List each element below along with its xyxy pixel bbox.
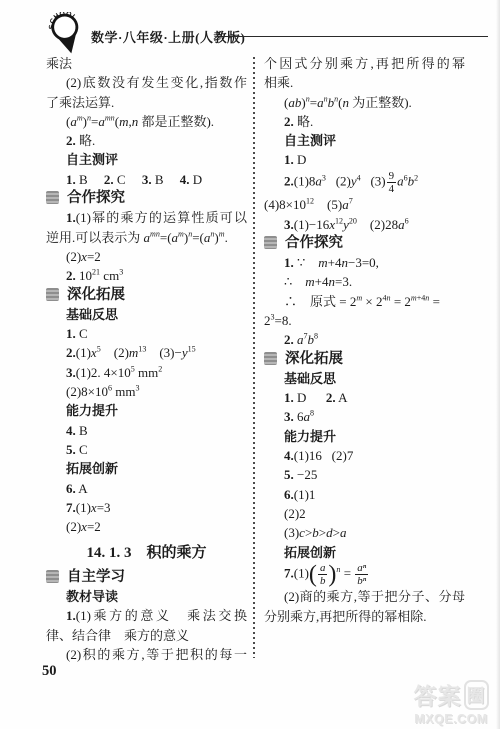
text-run: 20 bbox=[349, 216, 357, 225]
text-line: 2. 略. bbox=[264, 112, 465, 131]
fraction: aⁿbⁿ bbox=[355, 562, 368, 587]
text-run: 3 bbox=[119, 268, 123, 277]
text-line: (2)8×106 mm3 bbox=[46, 382, 247, 401]
text-run: B bbox=[76, 423, 88, 438]
text-line: 6.(1)1 bbox=[264, 485, 465, 504]
text-run: =2 bbox=[87, 249, 101, 264]
text-line: 相乘. bbox=[264, 73, 465, 92]
text-run: B bbox=[152, 172, 180, 187]
section-header: 深化拓展 bbox=[264, 350, 465, 369]
text-run: (2)2 bbox=[284, 506, 306, 521]
text-run: 2. bbox=[66, 268, 76, 283]
text-run: 6 bbox=[405, 216, 409, 225]
text-run: 3. bbox=[284, 409, 294, 424]
text-run: (1) bbox=[76, 345, 91, 360]
page-number: 50 bbox=[42, 663, 57, 680]
text-line: 3.(1)−16x12y20 (2)28a6 bbox=[264, 215, 465, 234]
text-run: a bbox=[340, 525, 347, 540]
text-run: mm bbox=[135, 365, 158, 380]
text-run: 6. bbox=[284, 487, 294, 502]
textbook-page: SCHOOL 数学·八年级·上册(人教版) 乘法(2)底数没有发生变化,指数作了… bbox=[0, 0, 500, 729]
text-run: cm bbox=[100, 268, 119, 283]
text-run: =3 bbox=[97, 500, 111, 515]
header-rule bbox=[218, 36, 488, 37]
section-header: 合作探究 bbox=[264, 234, 465, 253]
text-run: ∵ bbox=[294, 255, 319, 270]
text-line: (3)c>b>d>a bbox=[264, 523, 465, 542]
text-line: (am)n=amn(m,n 都是正整数). bbox=[46, 112, 247, 131]
text-run: 合作探究 bbox=[67, 190, 125, 206]
section-marker-icon bbox=[264, 236, 277, 249]
text-run: 7 bbox=[349, 197, 353, 206]
text-run: 2. bbox=[284, 173, 294, 188]
text-run: 分别乘方,再把所得的幂相除. bbox=[264, 609, 427, 624]
text-run: (5) bbox=[314, 197, 342, 212]
text-line: 分别乘方,再把所得的幂相除. bbox=[264, 607, 465, 626]
text-run: mn bbox=[150, 229, 160, 238]
text-run: 5. bbox=[66, 442, 76, 457]
text-line: (2)积的乘方,等于把积的每一 bbox=[46, 645, 247, 664]
text-run: +4 bbox=[328, 255, 342, 270]
text-line: (2)x=2 bbox=[46, 247, 247, 266]
text-line: 教材导读 bbox=[46, 587, 247, 606]
text-run: (2) bbox=[326, 173, 351, 188]
watermark-site: MXQE.COM bbox=[405, 712, 497, 726]
text-run: 略. bbox=[76, 133, 96, 148]
text-run: = bbox=[310, 95, 317, 110]
text-line: 3.(1)2. 4×105 mm2 bbox=[46, 363, 247, 382]
text-line: 1. D bbox=[264, 150, 465, 169]
text-line: 乘法 bbox=[46, 54, 247, 73]
text-run: C bbox=[76, 326, 88, 341]
text-run: −25 bbox=[294, 467, 318, 482]
text-run: 深化拓展 bbox=[285, 351, 343, 367]
text-run: 基础反思 bbox=[284, 371, 336, 386]
text-run: mn bbox=[105, 114, 115, 123]
text-line: 律、结合律 乘方的意义 bbox=[46, 626, 247, 645]
text-run: ∴ 原式 = 2 bbox=[284, 294, 356, 309]
text-run: 12 bbox=[306, 197, 314, 206]
text-run: 乘法 bbox=[46, 56, 72, 71]
text-run: C bbox=[76, 442, 88, 457]
text-run: 2. bbox=[104, 172, 114, 187]
text-run: (2)底数没有发生变化,指数作 bbox=[66, 75, 247, 90]
text-line: 23=8. bbox=[264, 311, 465, 330]
watermark-brand: 答案圈 bbox=[405, 678, 497, 711]
text-line: (2)底数没有发生变化,指数作 bbox=[46, 73, 247, 92]
text-run: +4 bbox=[417, 293, 426, 302]
section-marker-icon bbox=[46, 570, 59, 583]
text-run: (2)商的乘方,等于把分子、分母 bbox=[284, 589, 465, 604]
text-run: (1)1 bbox=[294, 487, 316, 502]
text-run: n bbox=[336, 565, 340, 574]
text-run: 12 bbox=[335, 216, 343, 225]
text-run: 自主测评 bbox=[284, 133, 336, 148]
text-run: 拓展创新 bbox=[284, 545, 336, 560]
text-line: (2)2 bbox=[264, 504, 465, 523]
text-line: 14. 1. 3 积的乘方 bbox=[46, 544, 247, 563]
text-line: 2.(1)x5 (2)m13 (3)−y15 bbox=[46, 343, 247, 362]
text-line: 4. B bbox=[46, 421, 247, 440]
text-run: 1. bbox=[66, 172, 76, 187]
text-run: (1)16 (2)7 bbox=[294, 448, 354, 463]
text-run: (3)− bbox=[146, 345, 182, 360]
section-marker-icon bbox=[46, 288, 59, 301]
text-line: 拓展创新 bbox=[264, 543, 465, 562]
text-run: D bbox=[294, 152, 307, 167]
text-run: × 2 bbox=[362, 294, 382, 309]
text-run: 21 bbox=[92, 268, 100, 277]
text-run: 3. bbox=[284, 217, 294, 232]
text-run: (2)28 bbox=[357, 217, 398, 232]
text-run: =( bbox=[160, 230, 172, 245]
text-run: −3=0, bbox=[348, 255, 379, 270]
text-run: 了乘法运算. bbox=[46, 95, 114, 110]
text-run: (1)幂的乘方的运算性质可以 bbox=[76, 210, 247, 225]
fraction: 94 bbox=[387, 170, 396, 195]
text-run: 自主学习 bbox=[67, 569, 125, 585]
text-run: (2) bbox=[66, 519, 81, 534]
section-header: 自主学习 bbox=[46, 568, 247, 587]
text-line: 3. 6a8 bbox=[264, 407, 465, 426]
text-run: 6 bbox=[294, 409, 304, 424]
text-run: 能力提升 bbox=[66, 403, 118, 418]
text-run: 略. bbox=[294, 114, 314, 129]
text-run: = bbox=[340, 566, 354, 581]
text-run: =2 bbox=[87, 519, 101, 534]
section-header: 合作探究 bbox=[46, 189, 247, 208]
text-line: 4.(1)16 (2)7 bbox=[264, 446, 465, 465]
school-logo-icon: SCHOOL bbox=[46, 12, 88, 56]
text-run: = bbox=[429, 294, 440, 309]
text-run: (2)积的乘方,等于把积的每一 bbox=[66, 647, 247, 662]
text-run: m bbox=[129, 345, 138, 360]
text-line: 1. D 2. A bbox=[264, 388, 465, 407]
text-run: 1. bbox=[66, 210, 76, 225]
text-run: 5. bbox=[284, 467, 294, 482]
fraction: ab bbox=[318, 562, 327, 587]
text-run: (3) bbox=[284, 525, 299, 540]
text-run: 1. bbox=[66, 326, 76, 341]
text-run: 深化拓展 bbox=[67, 287, 125, 303]
text-run: =8. bbox=[275, 313, 292, 328]
text-run: 4. bbox=[284, 448, 294, 463]
text-line: 7.(1)x=3 bbox=[46, 498, 247, 517]
text-run: 7. bbox=[284, 566, 294, 581]
text-run: (2) bbox=[66, 249, 81, 264]
text-line: 2. 1021 cm3 bbox=[46, 266, 247, 285]
text-run: (1)−16 bbox=[294, 217, 330, 232]
text-line: 2.(1)8a3 (2)y4 (3)94a6b2 bbox=[264, 170, 465, 195]
watermark-circle-badge: 圈 bbox=[464, 680, 489, 710]
text-run: mm bbox=[112, 384, 135, 399]
text-run: 15 bbox=[188, 345, 196, 354]
text-line: 1. C bbox=[46, 324, 247, 343]
text-line: 逆用.可以表示为 amn=(am)n=(an)m. bbox=[46, 228, 247, 247]
text-run: 2. bbox=[284, 114, 294, 129]
text-run: 律、结合律 乘方的意义 bbox=[46, 628, 189, 643]
section-header: 深化拓展 bbox=[46, 286, 247, 305]
text-run: 3. bbox=[142, 172, 152, 187]
text-run: m bbox=[305, 274, 314, 289]
text-run: (1)8 bbox=[294, 173, 316, 188]
text-run: (2) bbox=[101, 345, 129, 360]
text-run: 拓展创新 bbox=[66, 461, 118, 476]
text-run: 8 bbox=[310, 409, 314, 418]
text-run: (1) bbox=[294, 566, 309, 581]
text-run: 能力提升 bbox=[284, 429, 336, 444]
text-run: =3. bbox=[335, 274, 352, 289]
text-run: (1)乘方的意义 乘法交换 bbox=[76, 608, 247, 623]
text-line: 2. 略. bbox=[46, 131, 247, 150]
text-line: 7.(1)(ab)n = aⁿbⁿ bbox=[264, 562, 465, 587]
text-run: 逆用.可以表示为 bbox=[46, 230, 144, 245]
text-run: = 2 bbox=[391, 294, 411, 309]
section-marker-icon bbox=[46, 191, 59, 204]
text-line: 能力提升 bbox=[264, 427, 465, 446]
text-run: (1) bbox=[76, 500, 91, 515]
text-run: 3. bbox=[66, 365, 76, 380]
text-run: (1)2. 4×10 bbox=[76, 365, 131, 380]
text-run: 2 bbox=[158, 364, 162, 373]
text-line: (2)x=2 bbox=[46, 517, 247, 536]
text-line: 基础反思 bbox=[46, 305, 247, 324]
text-run: D bbox=[190, 172, 203, 187]
text-run: 教材导读 bbox=[66, 589, 118, 604]
text-run: ∴ bbox=[284, 274, 305, 289]
text-line: 能力提升 bbox=[46, 401, 247, 420]
text-line: 基础反思 bbox=[264, 369, 465, 388]
text-line: 1. B 2. C 3. B 4. D bbox=[46, 170, 247, 189]
text-run: C bbox=[114, 172, 142, 187]
text-line: 1.(1)乘方的意义 乘法交换 bbox=[46, 606, 247, 625]
text-line: 拓展创新 bbox=[46, 459, 247, 478]
text-line: 个因式分别乘方,再把所得的幂 bbox=[264, 54, 465, 73]
text-run: A bbox=[336, 390, 348, 405]
text-run: 个因式分别乘方,再把所得的幂 bbox=[264, 56, 465, 71]
text-run: 14. 1. 3 积的乘方 bbox=[86, 545, 206, 561]
text-run: A bbox=[76, 481, 88, 496]
left-column: 乘法(2)底数没有发生变化,指数作了乘法运算.(am)n=amn(m,n 都是正… bbox=[46, 54, 247, 664]
watermark: 答案圈 MXQE.COM bbox=[405, 678, 497, 726]
text-run: (3) bbox=[361, 173, 386, 188]
text-run: 6. bbox=[66, 481, 76, 496]
text-run: (4)8×10 bbox=[264, 197, 306, 212]
text-run: D bbox=[294, 390, 326, 405]
text-line: 1.(1)幂的乘方的运算性质可以 bbox=[46, 208, 247, 227]
text-run: 4. bbox=[180, 172, 190, 187]
text-run: 相乘. bbox=[264, 75, 293, 90]
text-run: ( bbox=[309, 561, 317, 587]
text-run: (2)8×10 bbox=[66, 384, 108, 399]
text-run: 4. bbox=[66, 423, 76, 438]
right-column: 个因式分别乘方,再把所得的幂相乘.(ab)n=anbn(n 为正整数).2. 略… bbox=[264, 54, 465, 626]
text-run: 1. bbox=[284, 152, 294, 167]
text-run: 基础反思 bbox=[66, 307, 118, 322]
text-run: 自主测评 bbox=[66, 152, 118, 167]
text-line: ∴ 原式 = 2m × 24n = 2m+4n = bbox=[264, 292, 465, 311]
text-run: 1. bbox=[284, 255, 294, 270]
column-divider bbox=[253, 57, 255, 658]
text-run: . bbox=[225, 230, 228, 245]
text-run: 2 bbox=[414, 173, 418, 182]
text-run: +4 bbox=[315, 274, 329, 289]
text-line: 5. C bbox=[46, 440, 247, 459]
text-run: ab bbox=[288, 95, 301, 110]
text-line: (4)8×1012 (5)a7 bbox=[264, 195, 465, 214]
text-run: 2. bbox=[66, 345, 76, 360]
text-run: 合作探究 bbox=[285, 235, 343, 251]
text-run: 10 bbox=[76, 268, 92, 283]
text-run: 8 bbox=[314, 332, 318, 341]
text-line: (2)商的乘方,等于把分子、分母 bbox=[264, 587, 465, 606]
text-run: > bbox=[333, 525, 340, 540]
text-run: 2. bbox=[326, 390, 336, 405]
text-run: B bbox=[76, 172, 104, 187]
section-marker-icon bbox=[264, 352, 277, 365]
text-line: (ab)n=anbn(n 为正整数). bbox=[264, 93, 465, 112]
text-run: 2. bbox=[284, 332, 294, 347]
text-line: 了乘法运算. bbox=[46, 93, 247, 112]
text-run: 3 bbox=[136, 384, 140, 393]
text-line: 自主测评 bbox=[264, 131, 465, 150]
text-run: =( bbox=[192, 230, 204, 245]
text-line: 1. ∵ m+4n−3=0, bbox=[264, 253, 465, 272]
text-line: 6. A bbox=[46, 479, 247, 498]
text-run: 都是正整数). bbox=[138, 114, 214, 129]
text-run: 为正整数). bbox=[349, 95, 412, 110]
text-line: 2. a7b8 bbox=[264, 330, 465, 349]
watermark-brand-text: 答案 bbox=[414, 683, 462, 709]
text-line: 自主测评 bbox=[46, 150, 247, 169]
text-run: 1. bbox=[284, 390, 294, 405]
text-run: 2. bbox=[66, 133, 76, 148]
text-run: 7. bbox=[66, 500, 76, 515]
text-line: ∴ m+4n=3. bbox=[264, 272, 465, 291]
text-run: 1. bbox=[66, 608, 76, 623]
text-run: m bbox=[318, 255, 327, 270]
text-line: 5. −25 bbox=[264, 465, 465, 484]
